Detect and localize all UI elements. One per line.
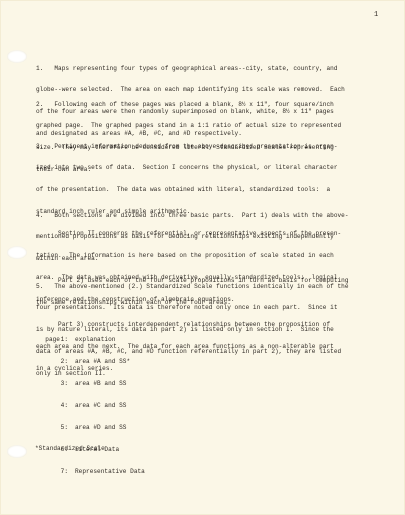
contents-page-number: 2: xyxy=(60,358,68,365)
paragraph-line: 5. The above-mentioned (2.) Standardized… xyxy=(36,283,376,290)
contents-page-number: 1: xyxy=(60,336,68,343)
document-page: 1 1. Maps representing four types of geo… xyxy=(0,0,405,515)
page-contents-list: page1:explanation 2:area #A and SS* 3:ar… xyxy=(36,321,145,489)
punch-hole-top xyxy=(7,50,27,63)
contents-page-number: 3: xyxy=(60,380,68,387)
footnote: *Standardized Scale xyxy=(35,445,105,452)
punch-hole-bottom xyxy=(7,445,27,458)
contents-row: page1:explanation xyxy=(36,336,145,343)
contents-entry: Representative Data xyxy=(75,468,145,475)
contents-row: 7:Representative Data xyxy=(36,468,145,475)
paragraph-line: 4. Both sections are divided into three … xyxy=(36,212,376,219)
contents-row: 4:area #C and SS xyxy=(36,402,145,409)
contents-entry: area #C and SS xyxy=(75,402,126,409)
contents-prefix: page xyxy=(36,336,60,343)
paragraph-line: ized into two sets of data. Section I co… xyxy=(36,164,376,171)
contents-entry: area #A and SS* xyxy=(75,358,130,365)
contents-row: 5:area #D and SS xyxy=(36,424,145,431)
paragraph-line: 1. Maps representing four types of geogr… xyxy=(36,65,376,72)
contents-entry: area #D and SS xyxy=(75,424,126,431)
contents-page-number: 4: xyxy=(60,402,68,409)
punch-hole-middle xyxy=(7,246,27,259)
contents-entry: explanation xyxy=(75,336,115,343)
paragraph-line: 2. Following each of these pages was pla… xyxy=(36,101,376,108)
contents-row: 2:area #A and SS* xyxy=(36,358,145,365)
contents-entry: area #B and SS xyxy=(75,380,126,387)
contents-page-number: 5: xyxy=(60,424,68,431)
paragraph-line: four presentations. Its data is therefor… xyxy=(36,304,376,311)
paragraph-line: within each area. xyxy=(36,255,376,262)
paragraph-line: 3. Pertinent information deduced from th… xyxy=(36,143,376,150)
paragraph-line: mentioned propositions as basis for dedu… xyxy=(36,233,376,240)
contents-row: 3:area #B and SS xyxy=(36,380,145,387)
page-number: 1 xyxy=(374,12,378,19)
contents-page-number: 7: xyxy=(60,468,68,475)
paragraph-line: of the presentation. The data was obtain… xyxy=(36,186,376,193)
